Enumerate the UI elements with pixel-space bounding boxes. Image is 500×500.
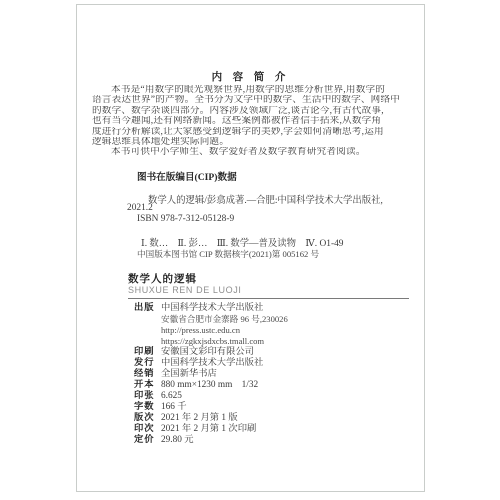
book-copyright-page: 内 容 简 介 本书是“用数学的眼光观察世界,用数学的思维分析世界,用数学的 语… xyxy=(76,4,425,492)
cip-heading: 图书在版编目(CIP)数据 xyxy=(137,169,237,183)
cip-record-number: 中国版本图书馆 CIP 数据核字(2021)第 005162 号 xyxy=(137,248,319,260)
wordcount-value: 166 千 xyxy=(161,402,187,413)
colophon-row-distributor: 发行中国科学技术大学出版社 xyxy=(134,358,414,369)
summary-line: 本书是“用数学的眼光观察世界,用数学的思维分析世界,用数学的 xyxy=(92,85,413,95)
colophon-row-edition: 版次2021 年 2 月第 1 版 xyxy=(134,413,414,424)
colophon-row-publisher: 出版中国科学技术大学出版社 xyxy=(134,303,414,314)
colophon-label: 字数 xyxy=(134,402,161,413)
summary-line: 逻辑思维具体地处理实际问题。 xyxy=(92,137,413,147)
publisher-url: http://press.ustc.edu.cn xyxy=(161,325,240,336)
content-summary-heading: 内 容 简 介 xyxy=(77,69,424,84)
colophon-row-wordcount: 字数166 千 xyxy=(134,402,414,413)
edition-value: 2021 年 2 月第 1 版 xyxy=(161,413,238,424)
seller-name: 全国新华书店 xyxy=(161,369,217,380)
colophon-label: 定价 xyxy=(134,435,161,446)
colophon-label: 经销 xyxy=(134,369,161,380)
colophon-row-publisher-store-url: https://zgkxjsdxcbs.tmall.com xyxy=(134,336,414,347)
book-title: 数学人的逻辑 xyxy=(128,271,197,286)
colophon-row-publisher-url: http://press.ustc.edu.cn xyxy=(134,325,414,336)
colophon-list: 出版中国科学技术大学出版社 安徽省合肥市金寨路 96 号,230026 http… xyxy=(134,303,414,446)
colophon-row-sheets: 印张6.625 xyxy=(134,391,414,402)
colophon-row-format: 开本880 mm×1230 mm 1/32 xyxy=(134,380,414,391)
cip-entry-line2: 2021.2 xyxy=(127,203,153,213)
colophon-label: 开本 xyxy=(134,380,161,391)
publisher-store-url: https://zgkxjsdxcbs.tmall.com xyxy=(161,336,264,347)
colophon-row-price: 定价29.80 元 xyxy=(134,435,414,446)
sheets-value: 6.625 xyxy=(161,391,182,402)
isbn-number: ISBN 978-7-312-05128-9 xyxy=(137,214,234,224)
content-summary-paragraph: 本书是“用数学的眼光观察世界,用数学的思维分析世界,用数学的 语言表达世界”的产… xyxy=(92,85,413,158)
colophon-row-seller: 经销全国新华书店 xyxy=(134,369,414,380)
price-value: 29.80 元 xyxy=(161,435,194,446)
colophon-row-impression: 印次2021 年 2 月第 1 次印刷 xyxy=(134,424,414,435)
colophon-label: 印张 xyxy=(134,391,161,402)
summary-line: 度进行分析解读,让大家感受到逻辑学的美妙,学会如何清晰思考,运用 xyxy=(92,127,413,137)
colophon-label: 出版 xyxy=(134,303,161,314)
colophon-label: 印次 xyxy=(134,424,161,435)
summary-line: 语言表达世界”的产物。全书分为文学中的数学、生活中的数学、网络中 xyxy=(92,95,413,105)
book-title-pinyin: SHUXUE REN DE LUOJI xyxy=(128,285,241,295)
divider-line xyxy=(128,298,409,299)
distributor-name: 中国科学技术大学出版社 xyxy=(161,358,263,369)
summary-line: 的数学、数学杂谈四部分。内容涉及领域广泛,谈古论今,有古代故事, xyxy=(92,106,413,116)
impression-value: 2021 年 2 月第 1 次印刷 xyxy=(161,424,256,435)
colophon-row-printer: 印刷安徽国文彩印有限公司 xyxy=(134,347,414,358)
publisher-address: 安徽省合肥市金寨路 96 号,230026 xyxy=(161,314,288,325)
colophon-label: 印刷 xyxy=(134,347,161,358)
summary-line: 也有当今趣闻,还有网络新闻。这些案例都被作者信手拈来,从数学角 xyxy=(92,116,413,126)
printer-name: 安徽国文彩印有限公司 xyxy=(161,347,254,358)
summary-line: 本书可供中小学师生、数学爱好者及数学教育研究者阅读。 xyxy=(92,147,413,157)
colophon-row-publisher-address: 安徽省合肥市金寨路 96 号,230026 xyxy=(134,314,414,325)
cip-classification: Ⅰ. 数… Ⅱ. 彭… Ⅲ. 数学—普及读物 Ⅳ. O1-49 xyxy=(141,235,343,249)
colophon-label: 版次 xyxy=(134,413,161,424)
format-value: 880 mm×1230 mm 1/32 xyxy=(161,380,258,391)
colophon-label: 发行 xyxy=(134,358,161,369)
cip-entry-line1: 数学人的逻辑/彭翕成著.—合肥:中国科学技术大学出版社, xyxy=(148,192,383,206)
publisher-name: 中国科学技术大学出版社 xyxy=(161,303,263,314)
